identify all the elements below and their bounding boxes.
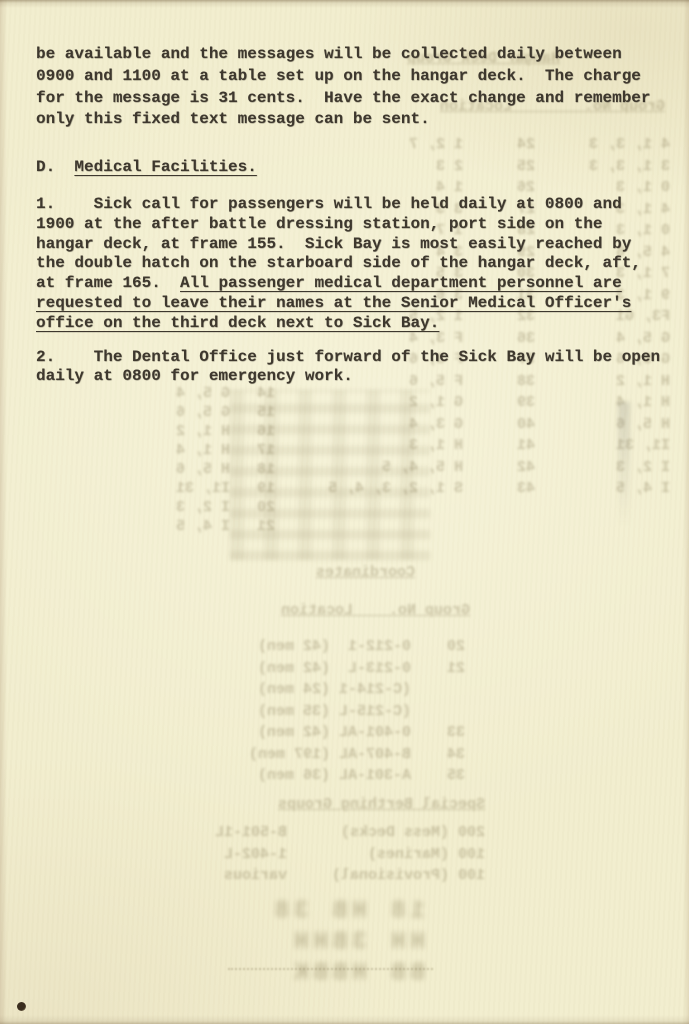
bleedthrough-special-heading: Special Berthing Groups (265, 794, 485, 816)
bleedthrough-special-lines: 200 (Mess Decks) B-501-1L 100 (Marines) … (185, 822, 485, 887)
bleedthrough-roster: 20 0-212-1 (42 men) 21 0-213-L (42 men) … (175, 636, 465, 787)
bleedthrough-coordinates: Coordinates (285, 562, 415, 584)
bleedthrough-dashed-line (228, 968, 433, 970)
item-2-paragraph: 2. The Dental Office just forward of the… (36, 348, 665, 388)
section-letter: D. (36, 158, 74, 176)
section-title: Medical Facilities. (74, 158, 256, 176)
bleedthrough-stamp: 18 HB 38 HH 3BHH BB HBBK (215, 896, 425, 989)
item-1-paragraph: 1. Sick call for passengers will be held… (36, 195, 665, 334)
scanned-page: Hangar Deck Group Group No. Location 4 1… (0, 0, 689, 1024)
edge-smudge (618, 402, 630, 527)
bleedthrough-grid-smudge (230, 390, 430, 560)
bleedthrough-table-left: 14 G 5, 4 15 G 5, 6 16 H 1, 2 17 H 1, 4 … (135, 384, 275, 536)
ink-dot (17, 1002, 26, 1011)
section-heading: D. Medical Facilities. (36, 158, 665, 178)
intro-paragraph: be available and the messages will be co… (36, 44, 665, 131)
document-text: be available and the messages will be co… (36, 44, 665, 387)
bleedthrough-column-headers-2: Group No. Location (250, 600, 470, 622)
